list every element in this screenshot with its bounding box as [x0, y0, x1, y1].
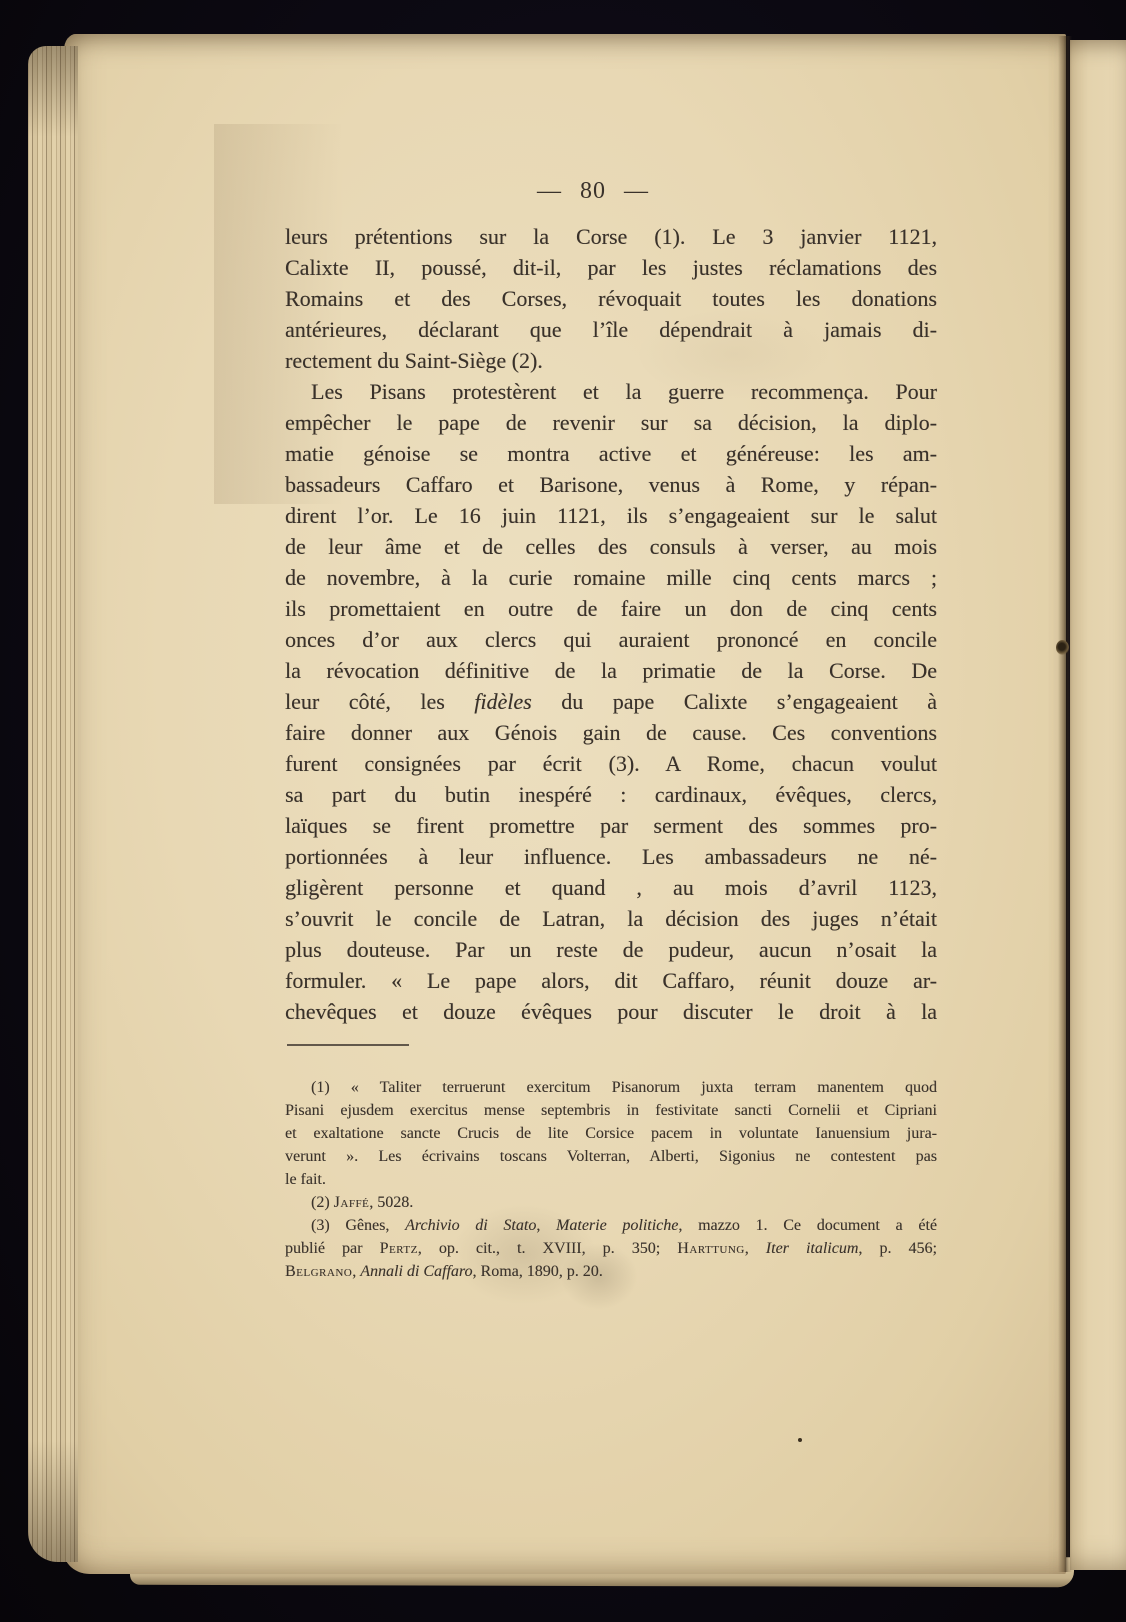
body-text-line: Romains et des Corses, révoquait toutes …: [285, 283, 937, 314]
body-text-line: rectement du Saint-Siège (2).: [285, 345, 937, 376]
italic-segment: Materie politiche: [556, 1217, 678, 1234]
text-segment: (3) Gênes,: [311, 1217, 405, 1234]
stitch-hole: [1056, 640, 1069, 655]
page-header: —80—: [267, 178, 919, 205]
text-segment: , p. 456;: [858, 1240, 937, 1257]
body-text: leurs prétentions sur la Corse (1). Le 3…: [285, 221, 937, 1027]
text-segment: et exaltatione sancte Crucis de lite Cor…: [285, 1125, 937, 1142]
text-segment: de novembre, à la curie romaine mille ci…: [285, 565, 937, 590]
text-segment: ,: [745, 1240, 766, 1257]
italic-segment: Annali di Caffaro: [360, 1263, 472, 1280]
text-segment: s’ouvrit le concile de Latran, la décisi…: [285, 906, 937, 931]
text-segment: le fait.: [285, 1171, 326, 1188]
text-segment: (2): [311, 1194, 334, 1211]
text-segment: publié par: [285, 1240, 380, 1257]
text-segment: ,: [536, 1217, 556, 1234]
body-text-line: matie génoise se montra active et génére…: [285, 438, 937, 469]
text-segment: faire donner aux Génois gain de cause. C…: [285, 720, 937, 745]
header-dash-right: —: [624, 178, 649, 204]
italic-segment: fidèles: [474, 689, 531, 714]
footnote-line: le fait.: [285, 1168, 937, 1191]
text-segment: , 5028.: [369, 1194, 413, 1211]
footnote-line: Belgrano, Annali di Caffaro, Roma, 1890,…: [285, 1260, 937, 1283]
text-segment: du pape Calixte s’engageaient à: [532, 689, 937, 714]
text-segment: Romains et des Corses, révoquait toutes …: [285, 286, 937, 311]
text-segment: portionnées à leur influence. Les ambass…: [285, 844, 937, 869]
footnote-line: (3) Gênes, Archivio di Stato, Materie po…: [285, 1214, 937, 1237]
body-text-line: formuler. « Le pape alors, dit Caffaro, …: [285, 965, 937, 996]
body-text-line: gligèrent personne et quand , au mois d’…: [285, 872, 937, 903]
text-segment: Calixte II, poussé, dit-il, par les just…: [285, 255, 937, 280]
text-segment: chevêques et douze évêques pour discuter…: [285, 999, 937, 1024]
text-segment: ils promettaient en outre de faire un do…: [285, 596, 937, 621]
text-segment: formuler. « Le pape alors, dit Caffaro, …: [285, 968, 937, 993]
footnote-line: (1) « Taliter terruerunt exercitum Pisan…: [285, 1076, 937, 1099]
text-segment: de leur âme et de celles des consuls à v…: [285, 534, 937, 559]
body-text-line: sa part du butin inespéré : cardinaux, é…: [285, 779, 937, 810]
body-text-line: leurs prétentions sur la Corse (1). Le 3…: [285, 221, 937, 252]
page-edges-stack: [28, 46, 78, 1562]
text-segment: laïques se firent promettre par serment …: [285, 813, 937, 838]
text-segment: antérieures, déclarant que l’île dépendr…: [285, 317, 937, 342]
body-text-line: s’ouvrit le concile de Latran, la décisi…: [285, 903, 937, 934]
body-text-line: de leur âme et de celles des consuls à v…: [285, 531, 937, 562]
gutter-crease: [1058, 36, 1072, 1572]
footnote-line: verunt ». Les écrivains toscans Volterra…: [285, 1145, 937, 1168]
body-text-line: de novembre, à la curie romaine mille ci…: [285, 562, 937, 593]
paper-speck: [798, 1438, 802, 1442]
footnote-line: Pisani ejusdem exercitus mense septembri…: [285, 1099, 937, 1122]
text-segment: Les Pisans protestèrent et la guerre rec…: [311, 379, 937, 404]
italic-segment: Iter italicum: [766, 1240, 859, 1257]
text-segment: rectement du Saint-Siège (2).: [285, 348, 543, 373]
body-text-line: faire donner aux Génois gain de cause. C…: [285, 717, 937, 748]
body-text-line: portionnées à leur influence. Les ambass…: [285, 841, 937, 872]
book-page: —80— leurs prétentions sur la Corse (1).…: [64, 34, 1066, 1574]
text-segment: , Roma, 1890, p. 20.: [473, 1263, 603, 1280]
text-segment: leurs prétentions sur la Corse (1). Le 3…: [285, 224, 937, 249]
text-segment: , mazzo 1. Ce document a été: [678, 1217, 937, 1234]
text-segment: leur côté, les: [285, 689, 474, 714]
body-text-line: onces d’or aux clercs qui auraient prono…: [285, 624, 937, 655]
body-text-line: laïques se firent promettre par serment …: [285, 810, 937, 841]
body-text-line: chevêques et douze évêques pour discuter…: [285, 996, 937, 1027]
smallcaps-segment: Belgrano: [285, 1263, 352, 1280]
body-text-line: la révocation définitive de la primatie …: [285, 655, 937, 686]
footnotes: (1) « Taliter terruerunt exercitum Pisan…: [285, 1076, 937, 1283]
footnote-line: publié par Pertz, op. cit., t. XVIII, p.…: [285, 1237, 937, 1260]
text-segment: , op. cit., t. XVIII, p. 350;: [418, 1240, 677, 1257]
body-text-line: plus douteuse. Par un reste de pudeur, a…: [285, 934, 937, 965]
page-number: 80: [580, 178, 606, 204]
text-segment: onces d’or aux clercs qui auraient prono…: [285, 627, 937, 652]
adjacent-page-edge: [1070, 40, 1126, 1570]
header-dash-left: —: [537, 178, 562, 204]
smallcaps-segment: Pertz: [380, 1240, 418, 1257]
text-segment: la révocation définitive de la primatie …: [285, 658, 937, 683]
body-text-line: antérieures, déclarant que l’île dépendr…: [285, 314, 937, 345]
text-segment: gligèrent personne et quand , au mois d’…: [285, 875, 937, 900]
text-segment: furent consignées par écrit (3). A Rome,…: [285, 751, 937, 776]
text-segment: plus douteuse. Par un reste de pudeur, a…: [285, 937, 937, 962]
text-segment: (1) « Taliter terruerunt exercitum Pisan…: [311, 1079, 937, 1096]
text-segment: Pisani ejusdem exercitus mense septembri…: [285, 1102, 937, 1119]
smallcaps-segment: Jaffé: [334, 1194, 370, 1211]
photo-background: —80— leurs prétentions sur la Corse (1).…: [0, 0, 1126, 1622]
text-segment: sa part du butin inespéré : cardinaux, é…: [285, 782, 937, 807]
text-segment: bassadeurs Caffaro et Barisone, venus à …: [285, 472, 937, 497]
text-segment: matie génoise se montra active et génére…: [285, 441, 937, 466]
footnote-line: (2) Jaffé, 5028.: [285, 1191, 937, 1214]
text-segment: empêcher le pape de revenir sur sa décis…: [285, 410, 937, 435]
body-text-line: bassadeurs Caffaro et Barisone, venus à …: [285, 469, 937, 500]
body-text-line: Les Pisans protestèrent et la guerre rec…: [285, 376, 937, 407]
body-text-line: furent consignées par écrit (3). A Rome,…: [285, 748, 937, 779]
italic-segment: Archivio di Stato: [405, 1217, 536, 1234]
body-text-line: empêcher le pape de revenir sur sa décis…: [285, 407, 937, 438]
footnote-separator-rule: [287, 1044, 409, 1046]
body-text-line: dirent l’or. Le 16 juin 1121, ils s’enga…: [285, 500, 937, 531]
body-text-line: ils promettaient en outre de faire un do…: [285, 593, 937, 624]
body-text-line: Calixte II, poussé, dit-il, par les just…: [285, 252, 937, 283]
text-segment: dirent l’or. Le 16 juin 1121, ils s’enga…: [285, 503, 937, 528]
footnote-line: et exaltatione sancte Crucis de lite Cor…: [285, 1122, 937, 1145]
text-segment: verunt ». Les écrivains toscans Volterra…: [285, 1148, 937, 1165]
smallcaps-segment: Harttung: [677, 1240, 744, 1257]
body-text-line: leur côté, les fidèles du pape Calixte s…: [285, 686, 937, 717]
book: —80— leurs prétentions sur la Corse (1).…: [0, 0, 1126, 1622]
